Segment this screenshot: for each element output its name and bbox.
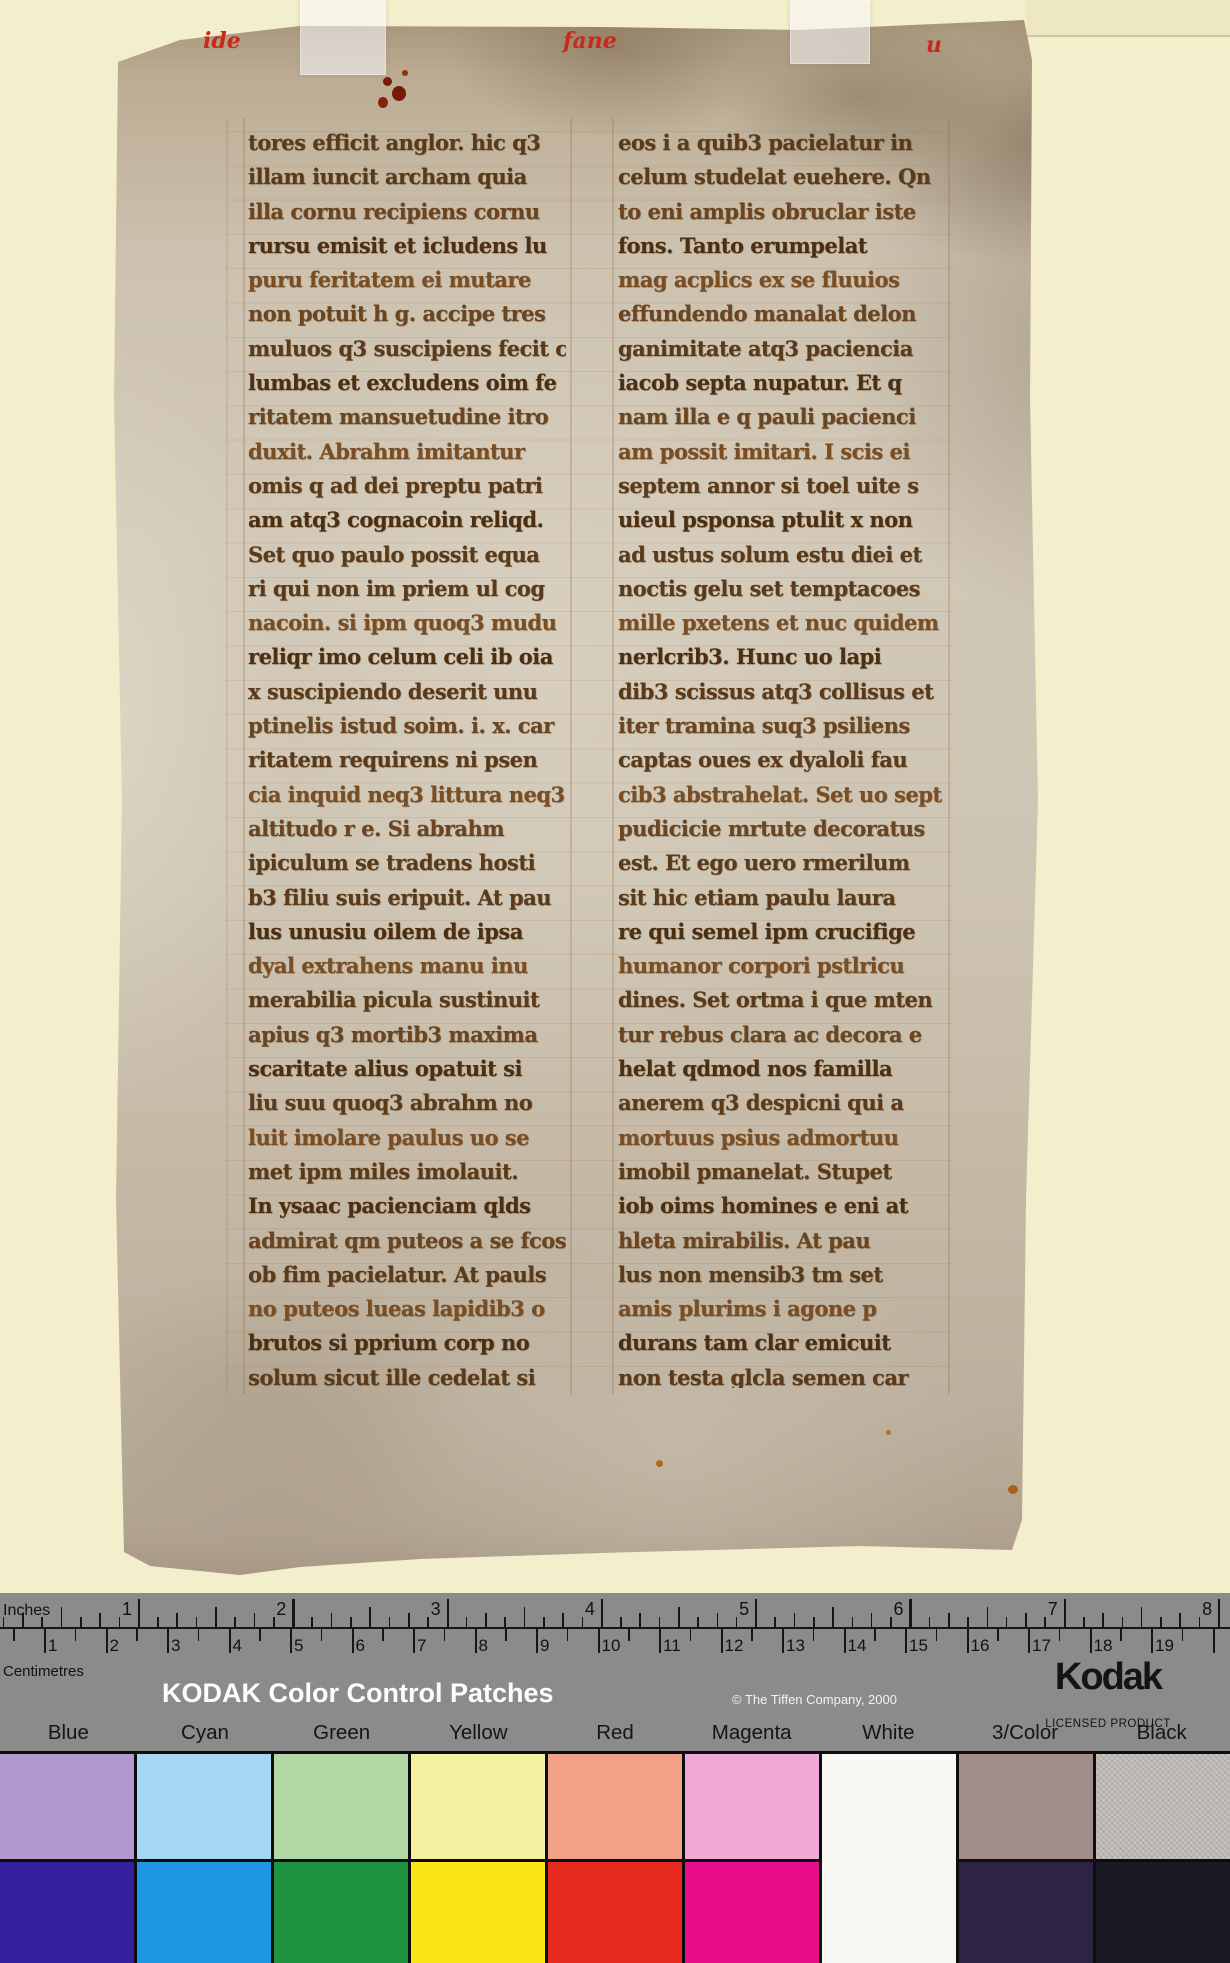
ruler-tick <box>475 1629 477 1653</box>
manuscript-text-line: puru feritatem ei mutare <box>248 263 566 297</box>
ruling-vline <box>226 118 228 1394</box>
cm-number: 18 <box>1094 1636 1113 1656</box>
ruler-tick <box>543 1617 545 1627</box>
manuscript-text-line: omis q ad dei preptu patri <box>248 469 566 503</box>
inch-number: 6 <box>876 1599 904 1620</box>
manuscript-text-line: am atq3 cognacoin reliqd. <box>248 503 566 537</box>
cm-number: 4 <box>233 1636 242 1656</box>
manuscript-text-line: cia inquid neq3 littura neq3 <box>248 778 566 812</box>
patch-label-magenta: Magenta <box>683 1721 820 1745</box>
ruler-tick <box>3 1617 5 1627</box>
rubric-left: ide <box>203 28 241 54</box>
ruler-tick <box>813 1617 815 1627</box>
cm-number: 7 <box>417 1636 426 1656</box>
ruler-tick <box>697 1617 699 1627</box>
ruler-tick <box>292 1599 294 1627</box>
manuscript-text-line: reliqr imo celum celi ib oia <box>248 640 566 674</box>
ruler-tick <box>389 1617 391 1627</box>
inch-number: 7 <box>1030 1599 1058 1620</box>
ruler-tick <box>311 1617 313 1627</box>
ruler-tick <box>352 1629 354 1653</box>
ruler-tick <box>967 1629 969 1653</box>
inch-number: 2 <box>258 1599 286 1620</box>
patch-full <box>1096 1862 1230 1963</box>
manuscript-text-line: nacoin. si ipm quoq3 mudu <box>248 606 566 640</box>
patch-column-green <box>274 1754 408 1963</box>
ruler-tick <box>678 1607 680 1627</box>
patch-full <box>822 1862 956 1963</box>
ruler-tick <box>1182 1629 1184 1641</box>
manuscript-text-line: imobil pmanelat. Stupet <box>618 1155 946 1189</box>
ruling-vline <box>570 118 572 1394</box>
patch-light <box>548 1754 682 1862</box>
rubric-center: fane <box>563 28 617 54</box>
inch-number: 3 <box>413 1599 441 1620</box>
ruler-tick <box>1028 1629 1030 1653</box>
manuscript-text-line: lus non mensib3 tm set <box>618 1258 946 1292</box>
kodak-title: KODAK Color Control Patches <box>162 1678 554 1709</box>
patch-column-blue <box>0 1754 134 1963</box>
manuscript-text-line: am possit imitari. I scis ei <box>618 435 946 469</box>
ruler-tick <box>234 1617 236 1627</box>
manuscript-text-line: dyal extrahens manu inu <box>248 949 566 983</box>
ink-blot <box>378 97 388 108</box>
manuscript-text-line: ritatem requirens ni psen <box>248 743 566 777</box>
manuscript-text-line: muluos q3 suscipiens fecit co <box>248 332 566 366</box>
ruler-tick <box>196 1617 198 1627</box>
patch-label-yellow: Yellow <box>410 1721 547 1745</box>
ruler-tick <box>598 1629 600 1653</box>
patch-light <box>959 1754 1093 1862</box>
patch-column-red <box>548 1754 682 1963</box>
ruler-tick <box>628 1629 630 1641</box>
ruling-vline <box>243 118 245 1394</box>
ruler-tick <box>505 1629 507 1641</box>
manuscript-text-line: nam illa e q pauli pacienci <box>618 400 946 434</box>
ruler-tick <box>782 1629 784 1653</box>
ruler-tick <box>717 1613 719 1627</box>
patch-column-white <box>822 1754 956 1963</box>
manuscript-text-line: met ipm miles imolauit. <box>248 1155 566 1189</box>
manuscript-text-line: lus unusiu oilem de ipsa <box>248 915 566 949</box>
ruler-tick <box>408 1613 410 1627</box>
patch-full <box>0 1862 134 1963</box>
cm-number: 9 <box>540 1636 549 1656</box>
cm-number: 19 <box>1155 1636 1174 1656</box>
text-column-left: tores efficit anglor. hic q3illam iuncit… <box>248 126 566 1388</box>
manuscript-text-line: iob oims homines e eni at <box>618 1189 946 1223</box>
inches-label: Inches <box>3 1602 50 1620</box>
ruler-tick <box>874 1629 876 1641</box>
patch-label-red: Red <box>547 1721 684 1745</box>
ruler-tick <box>813 1629 815 1641</box>
ruler-tick <box>504 1617 506 1627</box>
ruler-tick <box>755 1599 757 1627</box>
ruler-tick <box>1120 1629 1122 1641</box>
patch-full <box>685 1862 819 1963</box>
manuscript-text-line: anerem q3 despicni qui a <box>618 1086 946 1120</box>
cm-number: 12 <box>725 1636 744 1656</box>
manuscript-text-line: In ysaac pacienciam qlds <box>248 1189 566 1223</box>
ruler-tick <box>659 1629 661 1653</box>
manuscript-text-line: x suscipiendo deserit unu <box>248 675 566 709</box>
ruling-vline <box>948 118 950 1394</box>
ruler-tick <box>721 1629 723 1653</box>
ruler-tick <box>524 1607 526 1627</box>
patch-full <box>548 1862 682 1963</box>
cm-number: 16 <box>971 1636 990 1656</box>
ruler-tick <box>80 1617 82 1627</box>
ruling-vline <box>612 118 614 1394</box>
ruler-tick <box>751 1629 753 1641</box>
ruler-tick <box>369 1607 371 1627</box>
inch-number: 4 <box>567 1599 595 1620</box>
tape-tab-right <box>790 0 870 64</box>
ruler-tick <box>844 1629 846 1653</box>
cm-number: 11 <box>663 1636 681 1656</box>
patch-full <box>137 1862 271 1963</box>
kodak-logo: Kodak <box>1028 1656 1188 1699</box>
inch-number: 5 <box>721 1599 749 1620</box>
ruler-tick <box>331 1613 333 1627</box>
manuscript-text-line: rursu emisit et icludens lu <box>248 229 566 263</box>
ruler-tick <box>832 1607 834 1627</box>
ruler-tick <box>852 1617 854 1627</box>
ruler-tick <box>350 1617 352 1627</box>
patch-light <box>685 1754 819 1862</box>
manuscript-text-line: tur rebus clara ac decora e <box>618 1018 946 1052</box>
ruler-tick <box>536 1629 538 1653</box>
ruler-tick <box>639 1613 641 1627</box>
ruler-tick <box>1090 1629 1092 1653</box>
ruler-tick <box>1083 1617 1085 1627</box>
cm-number: 5 <box>294 1636 303 1656</box>
ruler-tick <box>936 1629 938 1641</box>
ruler-tick <box>382 1629 384 1641</box>
ruler-tick <box>1213 1629 1215 1653</box>
ruler-tick <box>466 1617 468 1627</box>
manuscript-text-line: illam iuncit archam quia <box>248 160 566 194</box>
manuscript-text-line: eos i a quib3 pacielatur in <box>618 126 946 160</box>
ruler-tick <box>905 1629 907 1653</box>
manuscript-text-line: admirat qm puteos a se fcos <box>248 1224 566 1258</box>
manuscript-text-line: liu suu quoq3 abrahm no <box>248 1086 566 1120</box>
ruler-tick <box>620 1617 622 1627</box>
manuscript-text-line: no puteos lueas lapidib3 o <box>248 1292 566 1326</box>
cm-number: 13 <box>786 1636 805 1656</box>
ruler-tick <box>1218 1599 1220 1627</box>
ruler-tick <box>44 1629 46 1653</box>
ruler-tick <box>157 1617 159 1627</box>
manuscript-text-line: hleta mirabilis. At pau <box>618 1224 946 1258</box>
centimetres-label: Centimetres <box>3 1663 84 1680</box>
ruler-tick <box>176 1613 178 1627</box>
manuscript-text-line: re qui semel ipm crucifige <box>618 915 946 949</box>
manuscript-text-line: effundendo manalat delon <box>618 297 946 331</box>
tape-tab-left <box>300 0 386 75</box>
cm-number: 14 <box>848 1636 867 1656</box>
ruler-tick <box>794 1613 796 1627</box>
manuscript-text-line: noctis gelu set temptacoes <box>618 572 946 606</box>
ruler-tick <box>659 1617 661 1627</box>
ink-blot <box>402 70 408 76</box>
color-patch-grid <box>0 1751 1230 1963</box>
patch-column-black <box>1096 1754 1230 1963</box>
manuscript-text-line: Set quo paulo possit equa <box>248 538 566 572</box>
ruler-tick <box>447 1599 449 1627</box>
manuscript-text-line: fons. Tanto erumpelat <box>618 229 946 263</box>
patch-label-white: White <box>820 1721 957 1745</box>
inch-number: 1 <box>104 1599 132 1620</box>
cm-number: 1 <box>48 1636 57 1656</box>
manuscript-text-line: non potuit h g. accipe tres <box>248 297 566 331</box>
manuscript-text-line: illa cornu recipiens cornu <box>248 195 566 229</box>
cm-number: 15 <box>909 1636 928 1656</box>
manuscript-text-line: nerlcrib3. Hunc uo lapi <box>618 640 946 674</box>
manuscript-text-line: ri qui non im priem ul cog <box>248 572 566 606</box>
manuscript-text-line: pudicicie mrtute decoratus <box>618 812 946 846</box>
cm-number: 6 <box>356 1636 365 1656</box>
ruler-tick <box>167 1629 169 1653</box>
manuscript-text-line: est. Et ego uero rmerilum <box>618 846 946 880</box>
manuscript-text-line: brutos si pprium corp no <box>248 1326 566 1360</box>
rust-stain <box>1008 1485 1018 1494</box>
ruler-tick <box>987 1607 989 1627</box>
manuscript-text-line: ad ustus solum estu diei et <box>618 538 946 572</box>
patch-label-black: Black <box>1093 1721 1230 1745</box>
patch-light <box>137 1754 271 1862</box>
ruler-tick <box>948 1613 950 1627</box>
photographed-manuscript-page: ide fane u tores efficit anglor. hic q3i… <box>0 0 1230 1963</box>
patch-full <box>274 1862 408 1963</box>
rust-stain <box>886 1430 891 1435</box>
manuscript-text-line: solum sicut ille cedelat si <box>248 1361 566 1388</box>
patch-column-cyan <box>137 1754 271 1963</box>
kodak-copyright: © The Tiffen Company, 2000 <box>732 1692 897 1707</box>
patch-light <box>411 1754 545 1862</box>
patch-label-green: Green <box>273 1721 410 1745</box>
manuscript-text-line: tores efficit anglor. hic q3 <box>248 126 566 160</box>
ruler-tick <box>99 1613 101 1627</box>
inch-number: 8 <box>1184 1599 1212 1620</box>
rust-stain <box>656 1460 663 1467</box>
ruler-tick <box>41 1617 43 1627</box>
ruler-tick <box>321 1629 323 1641</box>
patch-full <box>411 1862 545 1963</box>
manuscript-text-line: ganimitate atq3 paciencia <box>618 332 946 366</box>
text-column-right: eos i a quib3 pacielatur incelum studela… <box>618 126 946 1388</box>
cm-number: 8 <box>479 1636 488 1656</box>
ruler-tick <box>1160 1617 1162 1627</box>
ruler-tick <box>1025 1613 1027 1627</box>
ruler-tick <box>229 1629 231 1653</box>
cm-number: 17 <box>1032 1636 1051 1656</box>
ruler-tick <box>259 1629 261 1641</box>
ruler-tick <box>136 1629 138 1641</box>
patch-light <box>1096 1754 1230 1862</box>
manuscript-text-line: non testa glcla semen car <box>618 1361 946 1388</box>
ruler-tick <box>967 1617 969 1627</box>
mat-seam-line <box>1026 35 1230 37</box>
ruler-tick <box>1064 1599 1066 1627</box>
manuscript-text-line: septem annor si toel uite s <box>618 469 946 503</box>
ruler-tick <box>871 1613 873 1627</box>
rubric-right: u <box>926 32 942 58</box>
ruler-tick <box>1059 1629 1061 1641</box>
ink-blot <box>392 86 406 101</box>
manuscript-text-line: iter tramina suq3 psiliens <box>618 709 946 743</box>
manuscript-text-line: iacob septa nupatur. Et q <box>618 366 946 400</box>
manuscript-text-line: altitudo r e. Si abrahm <box>248 812 566 846</box>
cm-number: 2 <box>110 1636 119 1656</box>
manuscript-text-line: mortuus psius admortuu <box>618 1121 946 1155</box>
cm-number: 3 <box>171 1636 180 1656</box>
ruler-tick <box>106 1629 108 1653</box>
manuscript-text-line: merabilia picula sustinuit <box>248 983 566 1017</box>
manuscript-text-line: dines. Set ortma i que mten <box>618 983 946 1017</box>
manuscript-text-line: apius q3 mortib3 maxima <box>248 1018 566 1052</box>
manuscript-text-line: celum studelat euehere. Qn <box>618 160 946 194</box>
ruler-tick <box>254 1613 256 1627</box>
manuscript-text-line: cib3 abstrahelat. Set uo sept <box>618 778 946 812</box>
manuscript-text-line: ptinelis istud soim. i. x. car <box>248 709 566 743</box>
ruler-tick <box>290 1629 292 1653</box>
kodak-ruler-band: Inches Centimetres KODAK Color Control P… <box>0 1593 1230 1753</box>
patch-column-3-color <box>959 1754 1093 1963</box>
ink-blot <box>383 77 392 86</box>
ruler-tick <box>929 1617 931 1627</box>
ruler-tick <box>1179 1613 1181 1627</box>
manuscript-text-line: luit imolare paulus uo se <box>248 1121 566 1155</box>
manuscript-text-line: helat qdmod nos familla <box>618 1052 946 1086</box>
ruler-baseline <box>0 1627 1230 1629</box>
ruler-tick <box>1102 1613 1104 1627</box>
ruler-tick <box>13 1629 15 1641</box>
ruler-tick <box>215 1607 217 1627</box>
patch-label-blue: Blue <box>0 1721 137 1745</box>
ruler-tick <box>413 1629 415 1653</box>
patch-light <box>274 1754 408 1862</box>
ruler-tick <box>138 1599 140 1627</box>
manuscript-text-line: scaritate alius opatuit si <box>248 1052 566 1086</box>
manuscript-text-line: captas oues ex dyaloli fau <box>618 743 946 777</box>
ruler-tick <box>567 1629 569 1641</box>
manuscript-text-line: mille pxetens et nuc quidem <box>618 606 946 640</box>
manuscript-text-line: mag acplics ex se fluuios <box>618 263 946 297</box>
patch-light <box>0 1754 134 1862</box>
ruler-tick <box>1122 1617 1124 1627</box>
ruler-tick <box>1006 1617 1008 1627</box>
manuscript-text-line: uieul psponsa ptulit x non <box>618 503 946 537</box>
ruler-tick <box>444 1629 446 1641</box>
cm-number: 10 <box>602 1636 621 1656</box>
ruler-tick <box>997 1629 999 1641</box>
ruler-tick <box>1151 1629 1153 1653</box>
manuscript-text-line: duxit. Abrahm imitantur <box>248 435 566 469</box>
ruler-tick <box>690 1629 692 1641</box>
manuscript-text-line: humanor corpori pstlricu <box>618 949 946 983</box>
manuscript-text-line: ritatem mansuetudine itro <box>248 400 566 434</box>
patch-column-magenta <box>685 1754 819 1963</box>
manuscript-text-line: lumbas et excludens oim fe <box>248 366 566 400</box>
manuscript-text-line: b3 filiu suis eripuit. At pau <box>248 881 566 915</box>
ruler-tick <box>1141 1607 1143 1627</box>
patch-label-cyan: Cyan <box>137 1721 274 1745</box>
mat-background-edge <box>1026 0 1230 35</box>
ruler-tick <box>61 1607 63 1627</box>
patch-column-yellow <box>411 1754 545 1963</box>
ruler-tick <box>75 1629 77 1641</box>
ruler-tick <box>601 1599 603 1627</box>
ruler-tick <box>562 1613 564 1627</box>
manuscript-text-line: durans tam clar emicuit <box>618 1326 946 1360</box>
patch-full <box>959 1862 1093 1963</box>
manuscript-text-line: ob fim pacielatur. At pauls <box>248 1258 566 1292</box>
ruler-tick <box>22 1613 24 1627</box>
ruler-tick <box>774 1617 776 1627</box>
manuscript-text-line: ipiculum se tradens hosti <box>248 846 566 880</box>
manuscript-text-line: dib3 scissus atq3 collisus et <box>618 675 946 709</box>
patch-label-3-color: 3/Color <box>957 1721 1094 1745</box>
ruler-tick <box>485 1613 487 1627</box>
manuscript-text-line: amis plurims i agone p <box>618 1292 946 1326</box>
patch-light <box>822 1754 956 1862</box>
manuscript-text-line: to eni amplis obruclar iste <box>618 195 946 229</box>
ruler-tick <box>198 1629 200 1641</box>
ruler-tick <box>909 1599 911 1627</box>
manuscript-text-line: sit hic etiam paulu laura <box>618 881 946 915</box>
